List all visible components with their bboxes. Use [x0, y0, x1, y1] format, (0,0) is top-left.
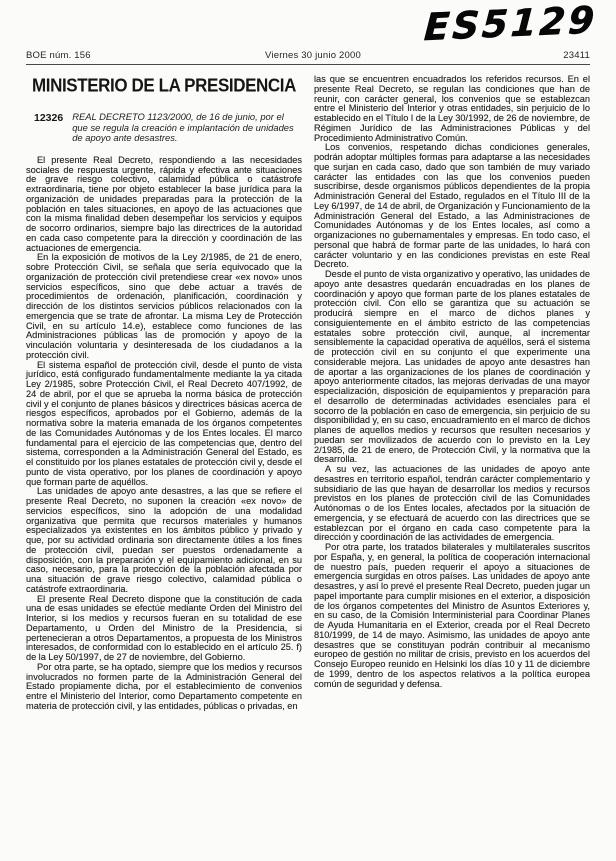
page-header: BOE núm. 156 Viernes 30 junio 2000 23411 — [26, 50, 590, 65]
header-page-number: 23411 — [563, 50, 590, 61]
body-paragraph: Por otra parte, los tratados bilaterales… — [314, 543, 590, 689]
body-paragraph: las que se encuentren encuadrados los re… — [314, 75, 590, 143]
handwritten-reference-code: ES5129 — [423, 0, 598, 49]
body-paragraph: En la exposición de motivos de la Ley 2/… — [26, 253, 302, 360]
body-paragraph: El sistema español de protección civil, … — [26, 361, 302, 488]
body-paragraph: El presente Real Decreto, respondiendo a… — [26, 156, 302, 254]
left-column-text: El presente Real Decreto, respondiendo a… — [26, 156, 302, 712]
article-body: MINISTERIO DE LA PRESIDENCIA 12326 REAL … — [26, 72, 590, 712]
decree-entry-title: REAL DECRETO 1123/2000, de 16 de junio, … — [72, 112, 296, 144]
body-paragraph: Desde el punto de vista organizativo y o… — [314, 270, 590, 465]
body-paragraph: El presente Real Decreto dispone que la … — [26, 595, 302, 663]
decree-entry-number: 12326 — [34, 112, 63, 144]
gazette-page: ES5129 BOE núm. 156 Viernes 30 junio 200… — [0, 0, 616, 861]
right-column: las que se encuentren encuadrados los re… — [314, 72, 590, 712]
body-paragraph: Las unidades de apoyo ante desastres, a … — [26, 487, 302, 594]
header-date: Viernes 30 junio 2000 — [265, 50, 361, 61]
ministry-section-title: MINISTERIO DE LA PRESIDENCIA — [26, 75, 302, 97]
body-paragraph: Por otra parte, se ha optado, siempre qu… — [26, 663, 302, 712]
decree-entry-heading: 12326 REAL DECRETO 1123/2000, de 16 de j… — [34, 112, 296, 144]
header-issue-number: BOE núm. 156 — [26, 50, 91, 61]
body-paragraph: Los convenios, respetando dichas condici… — [314, 143, 590, 270]
body-paragraph: A su vez, las actuaciones de las unidade… — [314, 465, 590, 543]
right-column-text: las que se encuentren encuadrados los re… — [314, 75, 590, 689]
left-column: MINISTERIO DE LA PRESIDENCIA 12326 REAL … — [26, 72, 302, 712]
